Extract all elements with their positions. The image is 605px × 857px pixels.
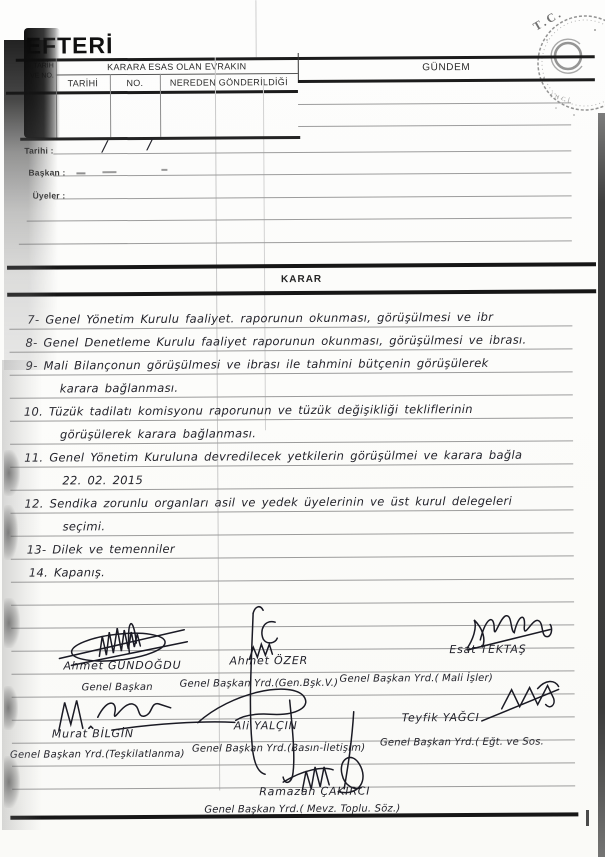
signer-name: Esat TEKTAŞ (449, 643, 526, 656)
signer-name: Ali YALÇIN (234, 719, 298, 732)
signer-name: Teyfik YAĞCI (402, 711, 480, 724)
signer-name: Ahmet GÜNDOĞDU (63, 659, 181, 673)
signer-title: Genel Başkan Yrd.(Teşkilatlanma) (10, 749, 185, 761)
signer-title: Genel Başkan Yrd.(Basın-İletişim) (192, 743, 365, 755)
signer-title: Genel Başkan Yrd.(Gen.Bşk.V.) (180, 678, 339, 690)
signature-teyfik-yagci-icon (482, 681, 559, 720)
signer-title: Genel Başkan Yrd.( Mali İşler) (339, 673, 492, 685)
signer-name: Ramazan ÇAKIRCI (259, 785, 370, 799)
signer-name: Ahmet ÖZER (229, 654, 308, 667)
signer-name: Murat BİLGİN (52, 727, 134, 741)
scanned-ledger-page: T.C. İNCİ EFTERİ TARİH VE NO. KARARA ESA… (0, 0, 605, 857)
signer-title: Genel Başkan (82, 682, 153, 693)
signer-title: Genel Başkan Yrd.( Eğt. ve Sos. (380, 737, 544, 749)
scan-edge-tick (586, 810, 589, 826)
